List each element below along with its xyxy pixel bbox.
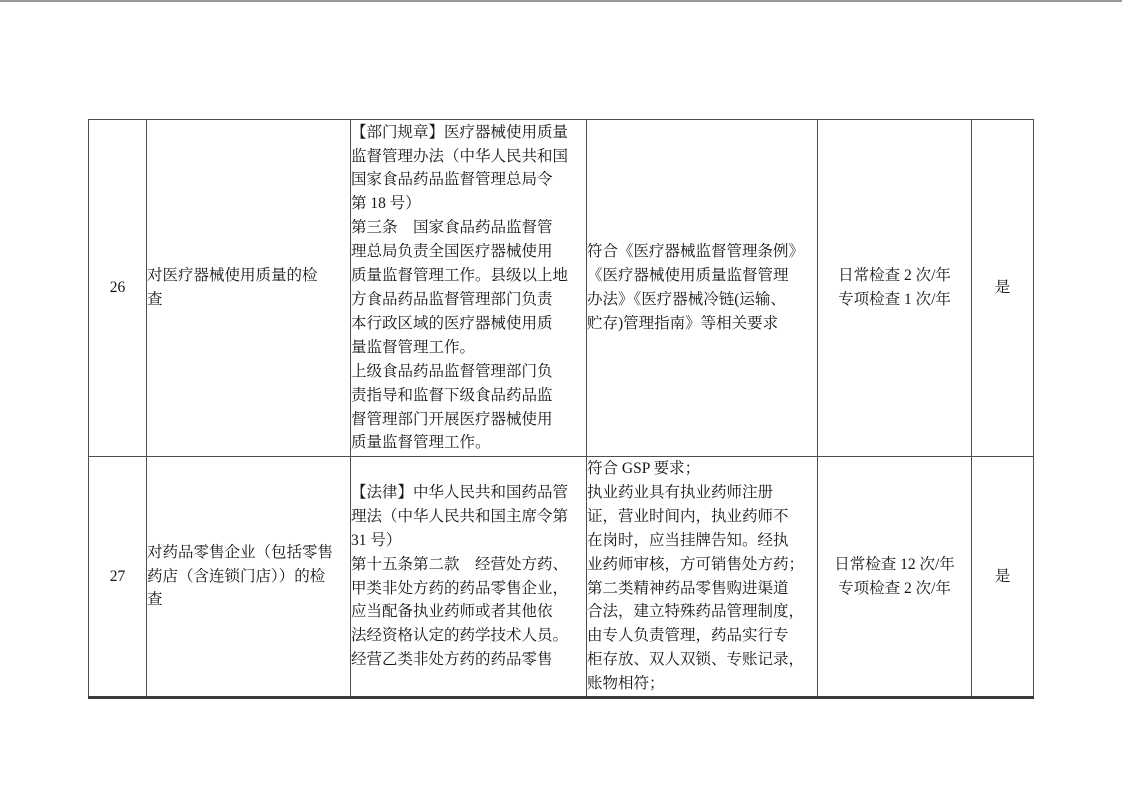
row27-item-cell: 对药品零售企业（包括零售 药店（含连锁门店））的检 查: [147, 457, 351, 698]
row26-number-text: 26: [110, 279, 126, 296]
row27-item-text: 对药品零售企业（包括零售 药店（含连锁门店））的检 查: [147, 544, 333, 609]
row26-item-cell: 对医疗器械使用质量的检 查: [147, 120, 351, 457]
row27-publicity-text: 是: [995, 568, 1011, 585]
page-break-line: [0, 0, 1122, 2]
row26-legal-basis-text: 【部门规章】医疗器械使用质量 监督管理办法（中华人民共和国 国家食品药品监督管理…: [351, 124, 568, 452]
row27-legal-basis-text: 【法律】中华人民共和国药品管 理法（中华人民共和国主席令第 31 号） 第十五条…: [351, 484, 568, 668]
row27-number-cell: 27: [89, 457, 147, 698]
table-row-26: 26 对医疗器械使用质量的检 查 【部门规章】医疗器械使用质量 监督管理办法（中…: [89, 120, 1034, 457]
row26-requirement-cell: 符合《医疗器械监督管理条例》 《医疗器械使用质量监督管理 办法》《医疗器械冷链(…: [587, 120, 818, 457]
row26-frequency-text: 日常检查 2 次/年 专项检查 1 次/年: [838, 267, 951, 308]
row26-number-cell: 26: [89, 120, 147, 457]
row27-frequency-text: 日常检查 12 次/年 专项检查 2 次/年: [834, 556, 955, 597]
row27-publicity-cell: 是: [972, 457, 1034, 698]
row26-requirement-text: 符合《医疗器械监督管理条例》 《医疗器械使用质量监督管理 办法》《医疗器械冷链(…: [587, 243, 804, 332]
document-page: 26 对医疗器械使用质量的检 查 【部门规章】医疗器械使用质量 监督管理办法（中…: [0, 0, 1122, 793]
row27-legal-basis-cell: 【法律】中华人民共和国药品管 理法（中华人民共和国主席令第 31 号） 第十五条…: [351, 457, 587, 698]
row27-requirement-text: 符合 GSP 要求； 执业药业具有执业药师注册 证，营业时间内，执业药师不 在岗…: [587, 460, 804, 692]
table-row-27: 27 对药品零售企业（包括零售 药店（含连锁门店））的检 查 【法律】中华人民共…: [89, 457, 1034, 698]
inspection-items-table: 26 对医疗器械使用质量的检 查 【部门规章】医疗器械使用质量 监督管理办法（中…: [88, 119, 1034, 699]
row26-frequency-cell: 日常检查 2 次/年 专项检查 1 次/年: [818, 120, 972, 457]
row26-publicity-cell: 是: [972, 120, 1034, 457]
row27-frequency-cell: 日常检查 12 次/年 专项检查 2 次/年: [818, 457, 972, 698]
row27-number-text: 27: [110, 568, 126, 585]
row27-requirement-cell: 符合 GSP 要求； 执业药业具有执业药师注册 证，营业时间内，执业药师不 在岗…: [587, 457, 818, 698]
row26-legal-basis-cell: 【部门规章】医疗器械使用质量 监督管理办法（中华人民共和国 国家食品药品监督管理…: [351, 120, 587, 457]
row26-publicity-text: 是: [995, 279, 1011, 296]
row26-item-text: 对医疗器械使用质量的检 查: [147, 267, 318, 308]
